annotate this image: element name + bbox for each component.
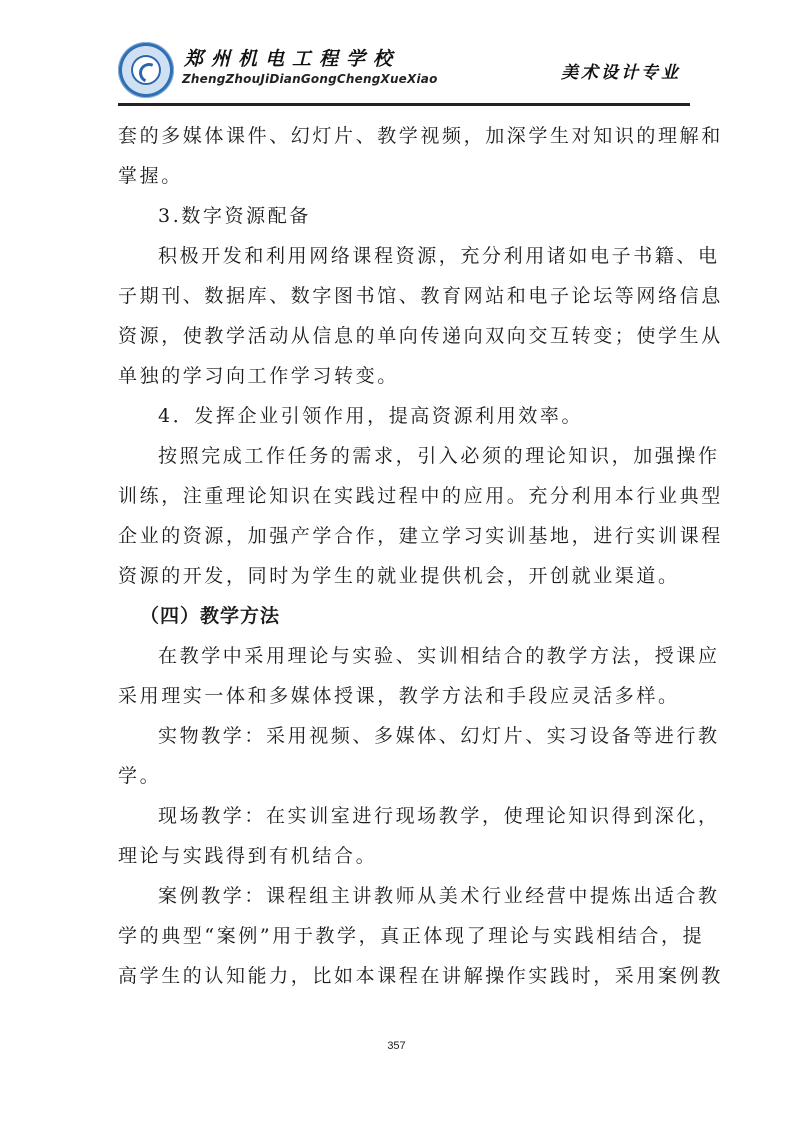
section-heading: （四）教学方法 <box>118 596 678 636</box>
major-title: 美术设计专业 <box>561 58 681 83</box>
text-line: 按照完成工作任务的需求，引入必须的理论知识，加强操作 <box>118 436 678 476</box>
school-name-en: ZhengZhouJiDianGongChengXueXiao <box>182 72 438 86</box>
school-emblem-icon <box>118 42 174 98</box>
emblem-center <box>131 55 161 85</box>
text-line: 训练，注重理论知识在实践过程中的应用。充分利用本行业典型 <box>118 476 678 516</box>
emblem-swoosh <box>136 60 162 86</box>
school-name-cn: 郑州机电工程学校 <box>184 44 400 71</box>
text-line: 资源的开发，同时为学生的就业提供机会，开创就业渠道。 <box>118 556 678 596</box>
text-line: 子期刊、数据库、数字图书馆、教育网站和电子论坛等网络信息 <box>118 276 678 316</box>
page-number: 357 <box>0 1040 793 1052</box>
text-line: 现场教学：在实训室进行现场教学，使理论知识得到深化， <box>118 796 678 836</box>
text-line: 学的典型“案例”用于教学，真正体现了理论与实践相结合，提 <box>118 916 678 956</box>
page-header: 郑州机电工程学校 ZhengZhouJiDianGongChengXueXiao… <box>118 38 693 104</box>
text-line: 掌握。 <box>118 156 678 196</box>
document-body: 套的多媒体课件、幻灯片、教学视频，加深学生对知识的理解和掌握。3.数字资源配备积… <box>118 116 678 996</box>
text-line: 学。 <box>118 756 678 796</box>
text-line: 套的多媒体课件、幻灯片、教学视频，加深学生对知识的理解和 <box>118 116 678 156</box>
text-line: 资源，使教学活动从信息的单向传递向双向交互转变；使学生从 <box>118 316 678 356</box>
text-line: 4．发挥企业引领作用，提高资源利用效率。 <box>118 396 678 436</box>
text-line: 高学生的认知能力，比如本课程在讲解操作实践时，采用案例教 <box>118 956 678 996</box>
text-line: 单独的学习向工作学习转变。 <box>118 356 678 396</box>
text-line: 案例教学：课程组主讲教师从美术行业经营中提炼出适合教 <box>118 876 678 916</box>
text-line: 积极开发和利用网络课程资源，充分利用诸如电子书籍、电 <box>118 236 678 276</box>
text-line: 采用理实一体和多媒体授课，教学方法和手段应灵活多样。 <box>118 676 678 716</box>
text-line: 在教学中采用理论与实验、实训相结合的教学方法，授课应 <box>118 636 678 676</box>
text-line: 实物教学：采用视频、多媒体、幻灯片、实习设备等进行教 <box>118 716 678 756</box>
text-line: 3.数字资源配备 <box>118 196 678 236</box>
text-line: 企业的资源，加强产学合作，建立学习实训基地，进行实训课程 <box>118 516 678 556</box>
text-line: 理论与实践得到有机结合。 <box>118 836 678 876</box>
header-divider <box>118 103 690 106</box>
